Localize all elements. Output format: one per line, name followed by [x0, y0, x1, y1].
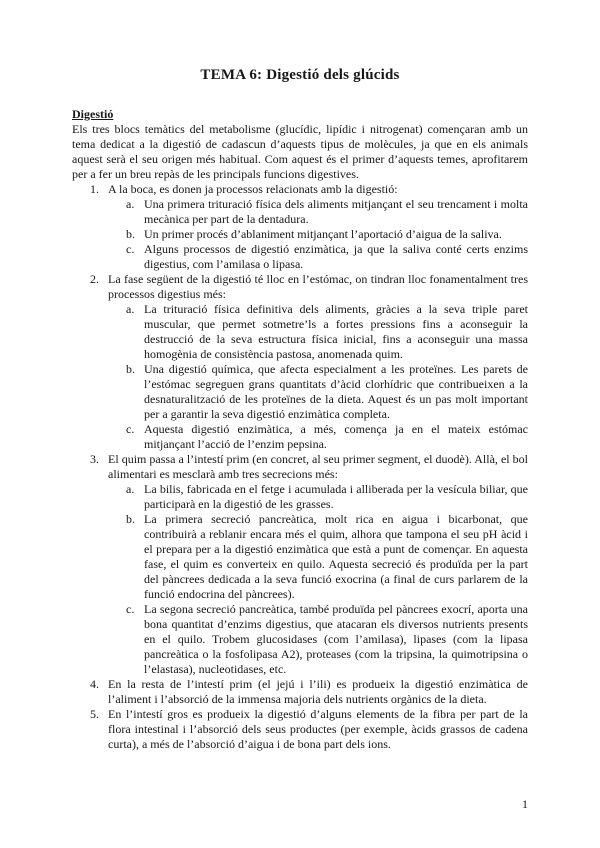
list-item-3b-text: La primera secreció pancreàtica, molt ri…	[144, 512, 528, 601]
section-heading: Digestió	[72, 107, 528, 122]
list-item-4: 4.En la resta de l’intestí prim (el jejú…	[108, 677, 528, 707]
list-item-1: 1.A la boca, es donen ja processos relac…	[108, 182, 528, 272]
list-item-1b-letter: b.	[126, 227, 135, 242]
list-item-3: 3.El quim passa a l’intestí prim (en con…	[108, 452, 528, 677]
document-title: TEMA 6: Digestió dels glúcids	[72, 66, 528, 85]
list-item-2a-letter: a.	[126, 302, 134, 317]
list-item-2c-text: Aquesta digestió enzimàtica, a més, come…	[144, 422, 528, 451]
digestion-process-list: 1.A la boca, es donen ja processos relac…	[72, 182, 528, 752]
list-item-3b: b.La primera secreció pancreàtica, molt …	[144, 512, 528, 602]
list-item-1b: b.Un primer procés d’ablaniment mitjança…	[144, 227, 528, 242]
list-item-3b-letter: b.	[126, 512, 135, 527]
list-item-3-number: 3.	[90, 452, 99, 467]
list-item-2c: c.Aquesta digestió enzimàtica, a més, co…	[144, 422, 528, 452]
list-item-2b-text: Una digestió química, que afecta especia…	[144, 362, 528, 421]
list-item-1c-letter: c.	[126, 242, 134, 257]
list-item-1a-letter: a.	[126, 197, 134, 212]
list-item-3a-letter: a.	[126, 482, 134, 497]
list-item-3a-text: La bilis, fabricada en el fetge i acumul…	[144, 482, 528, 511]
list-item-2b: b.Una digestió química, que afecta espec…	[144, 362, 528, 422]
document-page: TEMA 6: Digestió dels glúcids Digestió E…	[0, 0, 600, 848]
list-item-1a: a.Una primera trituració física dels ali…	[144, 197, 528, 227]
list-item-3c-letter: c.	[126, 602, 134, 617]
list-item-4-number: 4.	[90, 677, 99, 692]
list-item-2c-letter: c.	[126, 422, 134, 437]
intro-paragraph: Els tres blocs temàtics del metabolisme …	[72, 122, 528, 182]
list-item-2a-text: La trituració física definitiva dels ali…	[144, 302, 528, 361]
page-number: 1	[522, 797, 528, 812]
list-item-1a-text: Una primera trituració física dels alime…	[144, 197, 528, 226]
list-item-5: 5.En l’intestí gros es produeix la diges…	[108, 707, 528, 752]
list-item-3c-text: La segona secreció pancreàtica, també pr…	[144, 602, 528, 676]
list-item-2-text: La fase següent de la digestió té lloc e…	[108, 272, 528, 301]
list-item-1c-text: Alguns processos de digestió enzimàtica,…	[144, 242, 528, 271]
list-item-1c: c.Alguns processos de digestió enzimàtic…	[144, 242, 528, 272]
list-item-5-text: En l’intestí gros es produeix la digesti…	[108, 707, 528, 751]
list-item-3-text: El quim passa a l’intestí prim (en concr…	[108, 452, 528, 481]
list-item-3a: a.La bilis, fabricada en el fetge i acum…	[144, 482, 528, 512]
list-item-2-number: 2.	[90, 272, 99, 287]
list-item-2: 2.La fase següent de la digestió té lloc…	[108, 272, 528, 452]
list-item-1-number: 1.	[90, 182, 99, 197]
list-item-5-number: 5.	[90, 707, 99, 722]
list-item-2b-letter: b.	[126, 362, 135, 377]
list-item-1b-text: Un primer procés d’ablaniment mitjançant…	[144, 227, 502, 241]
list-item-3c: c.La segona secreció pancreàtica, també …	[144, 602, 528, 677]
list-item-2a: a.La trituració física definitiva dels a…	[144, 302, 528, 362]
list-item-1-text: A la boca, es donen ja processos relacio…	[108, 182, 398, 196]
list-item-4-text: En la resta de l’intestí prim (el jejú i…	[108, 677, 528, 706]
